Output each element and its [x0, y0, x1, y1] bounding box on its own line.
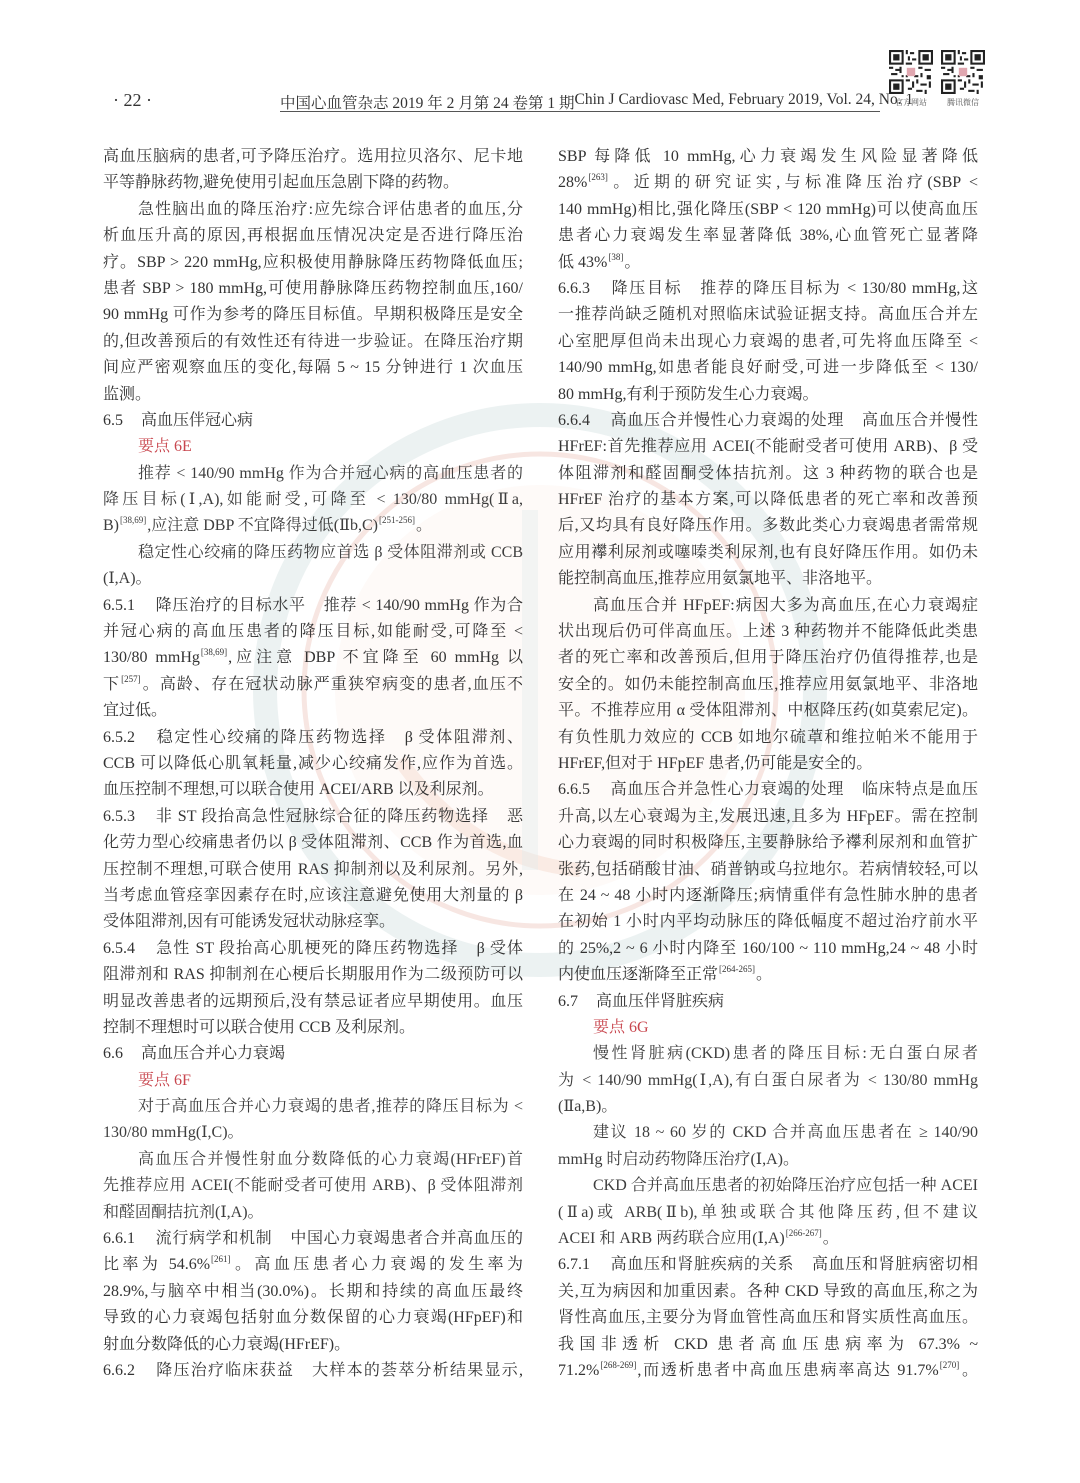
line-text: 内使血压逐渐降至正常	[558, 966, 718, 983]
line-text: 建议 18 ~ 60 岁的 CKD 合并高血压患者在 ≥ 140/90	[593, 1124, 978, 1141]
line-text: 关,互为病因和加重因素。各种 CKD 导致的高血压,称之为	[558, 1283, 978, 1300]
line-text: 的,但改善预后的有效性还有待进一步验证。在降压治疗期	[103, 333, 523, 350]
line-text: 导致的心力衰竭包括射血分数保留的心力衰竭(HFpEF)和	[103, 1309, 523, 1326]
keypoint-line: ACEI 和 ARB 两药联合应用(Ⅰ,A)[266-267]。	[558, 1226, 978, 1252]
left-column: 高血压脑病的患者,可予降压治疗。选用拉贝洛尔、尼卡地 平等静脉药物,避免使用引起…	[103, 144, 523, 1384]
line-text: 140 mmHg)相比,强化降压(SBP < 120 mmHg)可以使高血压	[558, 201, 978, 218]
line-text: 。	[960, 1362, 978, 1379]
text-line: 平。不推荐应用 α 受体阻滞剂、中枢降压药(如莫索尼定)。	[558, 698, 978, 724]
text-line: 内使血压逐渐降至正常[264-265]。	[558, 962, 978, 988]
line-text: 肾性高血压,主要分为肾血管性高血压和肾实质性高血压。	[558, 1309, 978, 1326]
keypoint-line: (Ⅱa,B)。	[558, 1094, 978, 1120]
text-line: 90 mmHg 可作为参考的降压目标值。早期积极降压是安全	[103, 302, 523, 328]
subsection-title: 高血压和肾脏疾病的关系	[610, 1256, 794, 1273]
line-text: 为 < 140/90 mmHg(Ⅰ,A),有白蛋白尿者为 < 130/80 mm…	[558, 1072, 978, 1089]
text-line: 化劳力型心绞痛患者仍以 β 受体阻滞剂、CCB 作为首选,血	[103, 830, 523, 856]
subsection-heading: 6.7.1高血压和肾脏疾病的关系高血压和肾脏病密切相	[558, 1252, 978, 1278]
subsection-heading: 6.5.1降压治疗的目标水平推荐 < 140/90 mmHg 作为合	[103, 593, 523, 619]
text-line: 间应严密观察血压的变化,每隔 5 ~ 15 分钟进行 1 次血压	[103, 355, 523, 381]
subsection-heading: 6.6.2降压治疗临床获益大样本的荟萃分析结果显示,	[103, 1358, 523, 1384]
citation: [38,69]	[201, 647, 227, 657]
line-text: ,应注意 DBP 不宜降得过低(Ⅱb,C)	[147, 517, 378, 534]
text-line: 升高,以左心衰竭为主,发展迅速,且多为 HFpEF。需在控制	[558, 804, 978, 830]
line-text: 患者心力衰竭发生率显著降低 38%,心血管死亡显著降	[558, 227, 978, 244]
section-number: 6.6	[103, 1045, 123, 1062]
text-line: 下[257]。高龄、存在冠状动脉严重狭窄病变的患者,血压不	[103, 672, 523, 698]
subsection-title: 高血压合并慢性心力衰竭的处理	[610, 412, 844, 429]
citation: [263]	[588, 172, 608, 182]
citation: [257]	[121, 674, 141, 684]
running-header: 中国心血管杂志 2019 年 2 月第 24 卷第 1 期 Chin J Car…	[280, 91, 880, 112]
text-line: 130/80 mmHg[38,69],应注意 DBP 不宜降至 60 mmHg …	[103, 645, 523, 671]
text-line: 肾性高血压,主要分为肾血管性高血压和肾实质性高血压。	[558, 1305, 978, 1331]
line-text: 当考虑血管痉挛因素存在时,应该注意避免使用大剂量的 β	[103, 887, 523, 904]
text-line: 140/90 mmHg,如患者能良好耐受,可进一步降低至 < 130/	[558, 355, 978, 381]
text-line: 控制不理想时可以联合使用 CCB 及利尿剂。	[103, 1015, 523, 1041]
line-text: 推荐的降压目标为 < 130/80 mmHg,这	[700, 280, 978, 297]
line-text: 宜过低。	[103, 702, 167, 719]
citation: [264-265]	[719, 964, 755, 974]
text-line: 导致的心力衰竭包括射血分数保留的心力衰竭(HFpEF)和	[103, 1305, 523, 1331]
line-text: 射血分数降低的心力衰竭(HFrEF)。	[103, 1336, 350, 1353]
text-line: 射血分数降低的心力衰竭(HFrEF)。	[103, 1332, 523, 1358]
subsection-heading: 6.6.3降压目标推荐的降压目标为 < 130/80 mmHg,这	[558, 276, 978, 302]
line-text: β 受体	[477, 940, 523, 957]
line-text: 130/80 mmHg	[103, 649, 200, 666]
keypoint-line: 为 < 140/90 mmHg(Ⅰ,A),有白蛋白尿者为 < 130/80 mm…	[558, 1068, 978, 1094]
text-line: HFrEF 治疗的基本方案,可以降低患者的死亡率和改善预	[558, 487, 978, 513]
keypoint-line: 稳定性心绞痛的降压药物应首选 β 受体阻滞剂或 CCB	[103, 540, 523, 566]
keypoint-line: 慢性肾脏病(CKD)患者的降压目标:无白蛋白尿者	[558, 1041, 978, 1067]
line-text: 能控制高血压,推荐应用氨氯地平、非洛地平。	[558, 570, 882, 587]
line-text: 28.9%,与脑卒中相当(30.0%)。长期和持续的高血压最终	[103, 1283, 523, 1300]
line-text: 血压控制不理想,可以联合使用 ACEI/ARB 以及利尿剂。	[103, 781, 494, 798]
line-text: 心室肥厚但尚未出现心力衰竭的患者,可先将血压降至 <	[558, 333, 978, 350]
subsection-title: 高血压合并急性心力衰竭的处理	[610, 781, 844, 798]
line-text: HFrEF,但对于 HFpEF 患者,仍可能是安全的。	[558, 755, 872, 772]
line-text: 控制不理想时可以联合使用 CCB 及利尿剂。	[103, 1019, 415, 1036]
keypoint-line: 降压目标(Ⅰ,A),如能耐受,可降至 < 130/80 mmHg(Ⅱa,	[103, 487, 523, 513]
text-line: 安全的。如仍未能控制高血压,推荐应用氨氯地平、非洛地	[558, 672, 978, 698]
subsection-title: 降压治疗临床获益	[155, 1362, 294, 1379]
citation: [38]	[608, 252, 623, 262]
keypoint-line: (Ⅱa)或 ARB(Ⅱb),单独或联合其他降压药,但不建议	[558, 1200, 978, 1226]
subsection-heading: 6.5.3非 ST 段抬高急性冠脉综合征的降压药物选择恶	[103, 804, 523, 830]
text-line: 的,但改善预后的有效性还有待进一步验证。在降压治疗期	[103, 329, 523, 355]
keypoint-line: 推荐 < 140/90 mmHg 作为合并冠心病的高血压患者的	[103, 461, 523, 487]
citation: [38,69]	[120, 515, 146, 525]
subsection-number: 6.6.3	[558, 280, 590, 297]
text-line: 140 mmHg)相比,强化降压(SBP < 120 mmHg)可以使高血压	[558, 197, 978, 223]
text-line: 疗。SBP > 220 mmHg,应积极使用静脉降压药物降低血压;	[103, 250, 523, 276]
keypoint-line: 对于高血压合并心力衰竭的患者,推荐的降压目标为 <	[103, 1094, 523, 1120]
section-title: 高血压合并心力衰竭	[141, 1045, 285, 1062]
citation: [251-256]	[379, 515, 415, 525]
line-text: 安全的。如仍未能控制高血压,推荐应用氨氯地平、非洛地	[558, 676, 978, 693]
line-text: ,应注意 DBP 不宜降至 60 mmHg 以	[228, 649, 523, 666]
journal-title-en: Chin J Cardiovasc Med, February 2019, Vo…	[575, 91, 914, 111]
section-number: 6.7	[558, 993, 578, 1010]
line-text: CCB 可以降低心肌氧耗量,减少心绞痛发作,应作为首选。	[103, 755, 523, 772]
keypoint-line: CKD 合并高血压患者的初始降压治疗应包括一种 ACEI	[558, 1173, 978, 1199]
text-line: 压控制不理想,可联合使用 RAS 抑制剂以及利尿剂。另外,	[103, 857, 523, 883]
text-line: 低 43%[38]。	[558, 250, 978, 276]
text-line: 后,又均具有良好降压作用。多数此类心力衰竭患者需常规	[558, 513, 978, 539]
line-text: 在 24 ~ 48 小时内逐渐降压;病情重伴有急性肺水肿的患者	[558, 887, 978, 904]
text-line: 应用襻利尿剂或噻嗪类利尿剂,也有良好降压作用。如仍未	[558, 540, 978, 566]
line-text: ,而透析患者中高血压患病率高达 91.7%	[637, 1362, 938, 1379]
qr-official-website[interactable]: 官方网站	[888, 50, 934, 108]
right-column: SBP 每降低 10 mmHg,心力衰竭发生风险显著降低 28%[263]。近期…	[558, 144, 978, 1384]
line-text: 有负性肌力效应的 CCB 如地尔硫䓬和维拉帕米不能用于	[558, 729, 978, 746]
line-text: 平。不推荐应用 α 受体阻滞剂、中枢降压药(如莫索尼定)。	[558, 702, 978, 719]
subsection-number: 6.7.1	[558, 1256, 590, 1273]
text-line: 一推荐尚缺乏随机对照临床试验证据支持。高血压合并左	[558, 302, 978, 328]
line-text: 。高血压患者心力衰竭的发生率为	[232, 1256, 523, 1273]
text-line: 体阻滞剂和醛固酮受体拮抗剂。这 3 种药物的联合也是	[558, 461, 978, 487]
keypoint-label: 要点 6G	[558, 1015, 978, 1041]
line-text: (Ⅱa,B)。	[558, 1098, 617, 1115]
line-text: 恶	[507, 808, 523, 825]
citation: [266-267]	[786, 1228, 822, 1238]
text-line: 者的死亡率和改善预后,但用于降压治疗仍值得推荐,也是	[558, 645, 978, 671]
subsection-number: 6.6.1	[103, 1230, 135, 1247]
text-line: 宜过低。	[103, 698, 523, 724]
text-line: 并冠心病的高血压患者的降压目标,如能耐受,可降至 <	[103, 619, 523, 645]
line-text: CKD 合并高血压患者的初始降压治疗应包括一种 ACEI	[593, 1177, 978, 1194]
subsection-heading: 6.5.2稳定性心绞痛的降压药物选择β 受体阻滞剂、	[103, 725, 523, 751]
text-line: 比率为 54.6%[261]。高血压患者心力衰竭的发生率为	[103, 1252, 523, 1278]
qr-label: 官方网站	[895, 97, 927, 108]
line-text: mmHg 时启动药物降压治疗(Ⅰ,A)。	[558, 1151, 799, 1168]
subsection-title: 降压目标	[610, 280, 682, 297]
subsection-number: 6.5.4	[103, 940, 135, 957]
line-text: 90 mmHg 可作为参考的降压目标值。早期积极降压是安全	[103, 306, 523, 323]
text-line: 能控制高血压,推荐应用氨氯地平、非洛地平。	[558, 566, 978, 592]
paragraph-start: 急性脑出血的降压治疗:应先综合评估患者的血压,分	[103, 197, 523, 223]
subsection-number: 6.6.4	[558, 412, 590, 429]
text-line: 平等静脉药物,避免使用引起血压急剧下降的药物。	[103, 170, 523, 196]
text-line: 血压控制不理想,可以联合使用 ACEI/ARB 以及利尿剂。	[103, 777, 523, 803]
citation: [268-269]	[600, 1360, 636, 1370]
line-text: 71.2%	[558, 1362, 599, 1379]
line-text: 化劳力型心绞痛患者仍以 β 受体阻滞剂、CCB 作为首选,血	[103, 834, 523, 851]
line-text: 疗。SBP > 220 mmHg,应积极使用静脉降压药物降低血压;	[103, 254, 523, 271]
text-line: 心力衰竭的同时积极降压,主要静脉给予襻利尿剂和血管扩	[558, 830, 978, 856]
line-text: 阻滞剂和 RAS 抑制剂在心梗后长期服用作为二级预防可以	[103, 966, 523, 983]
subsection-title: 稳定性心绞痛的降压药物选择	[155, 729, 387, 746]
line-text: 下	[103, 676, 120, 693]
keypoint-label: 要点 6E	[103, 434, 523, 460]
section-heading: 6.7高血压伴肾脏疾病	[558, 989, 978, 1015]
line-text: 高血压合并 HFpEF:病因大多为高血压,在心力衰竭症	[593, 597, 978, 614]
line-text: 并冠心病的高血压患者的降压目标,如能耐受,可降至 <	[103, 623, 523, 640]
line-text: 比率为 54.6%	[103, 1256, 210, 1273]
line-text: 130/80 mmHg(Ⅰ,C)。	[103, 1124, 244, 1141]
text-line: 张药,包括硝酸甘油、硝普钠或乌拉地尔。若病情较轻,可以	[558, 857, 978, 883]
line-text: β 受体阻滞剂、	[405, 729, 523, 746]
journal-title-cn: 中国心血管杂志 2019 年 2 月第 24 卷第 1 期	[280, 91, 575, 111]
text-line: 受体阻滞剂,因有可能诱发冠状动脉痉挛。	[103, 909, 523, 935]
keypoint-line: mmHg 时启动药物降压治疗(Ⅰ,A)。	[558, 1147, 978, 1173]
line-text: 稳定性心绞痛的降压药物应首选 β 受体阻滞剂或 CCB	[138, 544, 523, 561]
text-line: HFrEF,但对于 HFpEF 患者,仍可能是安全的。	[558, 751, 978, 777]
line-text: 临床特点是血压	[862, 781, 978, 798]
line-text: 对于高血压合并心力衰竭的患者,推荐的降压目标为 <	[138, 1098, 523, 1115]
text-line: SBP 每降低 10 mmHg,心力衰竭发生风险显著降低	[558, 144, 978, 170]
subsection-heading: 6.6.4高血压合并慢性心力衰竭的处理高血压合并慢性	[558, 408, 978, 434]
citation: [261]	[211, 1254, 231, 1264]
line-text: 间应严密观察血压的变化,每隔 5 ~ 15 分钟进行 1 次血压	[103, 359, 523, 376]
section-title: 高血压伴肾脏疾病	[596, 993, 724, 1010]
subsection-heading: 6.5.4急性 ST 段抬高心肌梗死的降压药物选择β 受体	[103, 936, 523, 962]
section-title: 高血压伴冠心病	[141, 412, 253, 429]
line-text: 慢性肾脏病(CKD)患者的降压目标:无白蛋白尿者	[593, 1045, 978, 1062]
line-text: 高血压合并慢性射血分数降低的心力衰竭(HFrEF)首	[138, 1151, 523, 1168]
subsection-title: 急性 ST 段抬高心肌梗死的降压药物选择	[155, 940, 459, 957]
line-text: SBP 每降低 10 mmHg,心力衰竭发生风险显著降低	[558, 148, 978, 165]
keypoint-line: 建议 18 ~ 60 岁的 CKD 合并高血压患者在 ≥ 140/90	[558, 1120, 978, 1146]
line-text: 受体阻滞剂,因有可能诱发冠状动脉痉挛。	[103, 913, 395, 930]
line-text: 先推荐应用 ACEI(不能耐受者可使用 ARB)、β 受体阻滞剂	[103, 1177, 523, 1194]
line-text: 急性脑出血的降压治疗:应先综合评估患者的血压,分	[138, 201, 523, 218]
subsection-title: 流行病学和机制	[155, 1230, 272, 1247]
line-text: 。	[624, 254, 640, 271]
page-number: · 22 ·	[113, 90, 152, 111]
line-text: 在初始 1 小时内平均动脉压的降低幅度不超过治疗前水平	[558, 913, 978, 930]
section-heading: 6.6高血压合并心力衰竭	[103, 1041, 523, 1067]
subsection-number: 6.6.5	[558, 781, 590, 798]
text-line: 有负性肌力效应的 CCB 如地尔硫䓬和维拉帕米不能用于	[558, 725, 978, 751]
text-line: HFrEF:首先推荐应用 ACEI(不能耐受者可使用 ARB)、β 受	[558, 434, 978, 460]
text-line: 在 24 ~ 48 小时内逐渐降压;病情重伴有急性肺水肿的患者	[558, 883, 978, 909]
text-line: 阻滞剂和 RAS 抑制剂在心梗后长期服用作为二级预防可以	[103, 962, 523, 988]
line-text: 80 mmHg,有利于预防发生心力衰竭。	[558, 386, 818, 403]
line-text: 降压目标(Ⅰ,A),如能耐受,可降至 < 130/80 mmHg(Ⅱa,	[103, 491, 523, 508]
line-text: 者的死亡率和改善预后,但用于降压治疗仍值得推荐,也是	[558, 649, 978, 666]
keypoint-label: 要点 6F	[103, 1068, 523, 1094]
line-text: 升高,以左心衰竭为主,发展迅速,且多为 HFpEF。需在控制	[558, 808, 978, 825]
text-line: 心室肥厚但尚未出现心力衰竭的患者,可先将血压降至 <	[558, 329, 978, 355]
line-text: 推荐 < 140/90 mmHg 作为合并冠心病的高血压患者的	[138, 465, 523, 482]
line-text: 的 25%,2 ~ 6 小时内降至 160/100 ~ 110 mmHg,24 …	[558, 940, 978, 957]
keypoint-line: 先推荐应用 ACEI(不能耐受者可使用 ARB)、β 受体阻滞剂	[103, 1173, 523, 1199]
line-text: 低 43%	[558, 254, 607, 271]
text-line: 28.9%,与脑卒中相当(30.0%)。长期和持续的高血压最终	[103, 1279, 523, 1305]
text-line: 关,互为病因和加重因素。各种 CKD 导致的高血压,称之为	[558, 1279, 978, 1305]
line-text: 张药,包括硝酸甘油、硝普钠或乌拉地尔。若病情较轻,可以	[558, 861, 978, 878]
line-text: HFrEF 治疗的基本方案,可以降低患者的死亡率和改善预	[558, 491, 978, 508]
line-text: HFrEF:首先推荐应用 ACEI(不能耐受者可使用 ARB)、β 受	[558, 438, 978, 455]
text-line: 明显改善患者的远期预后,没有禁忌证者应早期使用。血压	[103, 989, 523, 1015]
line-text: 心力衰竭的同时积极降压,主要静脉给予襻利尿剂和血管扩	[558, 834, 978, 851]
line-text: 140/90 mmHg,如患者能良好耐受,可进一步降低至 < 130/	[558, 359, 978, 376]
citation: [270]	[940, 1360, 960, 1370]
line-text: 中国心力衰竭患者合并高血压的	[290, 1230, 523, 1247]
line-text: 患者 SBP > 180 mmHg,可使用静脉降压药物控制血压,160/	[103, 280, 523, 297]
line-text: 状出现后仍可伴高血压。上述 3 种药物并不能降低此类患	[558, 623, 978, 640]
text-line: 71.2%[268-269],而透析患者中高血压患病率高达 91.7%[270]…	[558, 1358, 978, 1384]
line-text: 平等静脉药物,避免使用引起血压急剧下降的药物。	[103, 174, 459, 191]
paragraph-start: 高血压合并 HFpEF:病因大多为高血压,在心力衰竭症	[558, 593, 978, 619]
subsection-number: 6.5.2	[103, 729, 135, 746]
subsection-heading: 6.6.5高血压合并急性心力衰竭的处理临床特点是血压	[558, 777, 978, 803]
keypoint-line: 高血压合并慢性射血分数降低的心力衰竭(HFrEF)首	[103, 1147, 523, 1173]
line-text: 压控制不理想,可联合使用 RAS 抑制剂以及利尿剂。另外,	[103, 861, 523, 878]
qr-label: 腾讯微信	[947, 97, 979, 108]
line-text: 高血压合并慢性	[862, 412, 978, 429]
line-text: 体阻滞剂和醛固酮受体拮抗剂。这 3 种药物的联合也是	[558, 465, 978, 482]
line-text: 。高龄、存在冠状动脉严重狭窄病变的患者,血压不	[142, 676, 523, 693]
text-line: 状出现后仍可伴高血压。上述 3 种药物并不能降低此类患	[558, 619, 978, 645]
subsection-heading: 6.6.1流行病学和机制中国心力衰竭患者合并高血压的	[103, 1226, 523, 1252]
journal-page: · 22 · 中国心血管杂志 2019 年 2 月第 24 卷第 1 期 Chi…	[0, 0, 1080, 1483]
text-line: 在初始 1 小时内平均动脉压的降低幅度不超过治疗前水平	[558, 909, 978, 935]
line-text: 应用襻利尿剂或噻嗪类利尿剂,也有良好降压作用。如仍未	[558, 544, 978, 561]
line-text: 推荐 < 140/90 mmHg 作为合	[324, 597, 523, 614]
line-text: 一推荐尚缺乏随机对照临床试验证据支持。高血压合并左	[558, 306, 978, 323]
text-line: 患者心力衰竭发生率显著降低 38%,心血管死亡显著降	[558, 223, 978, 249]
qr-code-icon	[889, 50, 933, 94]
line-text: (Ⅱa)或 ARB(Ⅱb),单独或联合其他降压药,但不建议	[558, 1204, 978, 1221]
line-text: 。	[416, 517, 432, 534]
qr-wechat[interactable]: 腾讯微信	[940, 50, 986, 108]
text-line: 我国非透析 CKD 患者高血压患病率为 67.3% ~	[558, 1332, 978, 1358]
subsection-number: 6.6.2	[103, 1362, 135, 1379]
text-line: 高血压脑病的患者,可予降压治疗。选用拉贝洛尔、尼卡地	[103, 144, 523, 170]
subsection-number: 6.5.1	[103, 597, 135, 614]
text-line: 80 mmHg,有利于预防发生心力衰竭。	[558, 382, 978, 408]
qr-codes: 官方网站 腾讯微信	[888, 50, 986, 108]
text-line: 析血压升高的原因,再根据血压情况决定是否进行降压治	[103, 223, 523, 249]
line-text: 大样本的荟萃分析结果显示,	[312, 1362, 523, 1379]
line-text: 和醛固酮拮抗剂(Ⅰ,A)。	[103, 1204, 264, 1221]
keypoint-line: 130/80 mmHg(Ⅰ,C)。	[103, 1120, 523, 1146]
qr-code-icon	[941, 50, 985, 94]
keypoint-line: (Ⅰ,A)。	[103, 566, 523, 592]
text-line: 监测。	[103, 382, 523, 408]
line-text: 28%	[558, 174, 587, 191]
line-text: 明显改善患者的远期预后,没有禁忌证者应早期使用。血压	[103, 993, 523, 1010]
section-heading: 6.5高血压伴冠心病	[103, 408, 523, 434]
line-text: 。近期的研究证实,与标准降压治疗(SBP <	[609, 174, 978, 191]
line-text: (Ⅰ,A)。	[103, 570, 152, 587]
line-text: 高血压脑病的患者,可予降压治疗。选用拉贝洛尔、尼卡地	[103, 148, 523, 165]
line-text: 监测。	[103, 386, 151, 403]
keypoint-line: 和醛固酮拮抗剂(Ⅰ,A)。	[103, 1200, 523, 1226]
line-text: 。	[756, 966, 772, 983]
line-text: ACEI 和 ARB 两药联合应用(Ⅰ,A)	[558, 1230, 785, 1247]
line-text: B)	[103, 517, 119, 534]
text-line: 的 25%,2 ~ 6 小时内降至 160/100 ~ 110 mmHg,24 …	[558, 936, 978, 962]
text-line: 当考虑血管痉挛因素存在时,应该注意避免使用大剂量的 β	[103, 883, 523, 909]
subsection-title: 非 ST 段抬高急性冠脉综合征的降压药物选择	[155, 808, 489, 825]
text-line: CCB 可以降低心肌氧耗量,减少心绞痛发作,应作为首选。	[103, 751, 523, 777]
keypoint-line: B)[38,69],应注意 DBP 不宜降得过低(Ⅱb,C)[251-256]。	[103, 513, 523, 539]
line-text: 。	[823, 1230, 839, 1247]
subsection-title: 降压治疗的目标水平	[155, 597, 306, 614]
line-text: 后,又均具有良好降压作用。多数此类心力衰竭患者需常规	[558, 517, 978, 534]
subsection-number: 6.5.3	[103, 808, 135, 825]
section-number: 6.5	[103, 412, 123, 429]
text-line: 28%[263]。近期的研究证实,与标准降压治疗(SBP <	[558, 170, 978, 196]
line-text: 我国非透析 CKD 患者高血压患病率为 67.3% ~	[558, 1336, 978, 1353]
text-line: 患者 SBP > 180 mmHg,可使用静脉降压药物控制血压,160/	[103, 276, 523, 302]
line-text: 高血压和肾脏病密切相	[812, 1256, 978, 1273]
line-text: 析血压升高的原因,再根据血压情况决定是否进行降压治	[103, 227, 523, 244]
